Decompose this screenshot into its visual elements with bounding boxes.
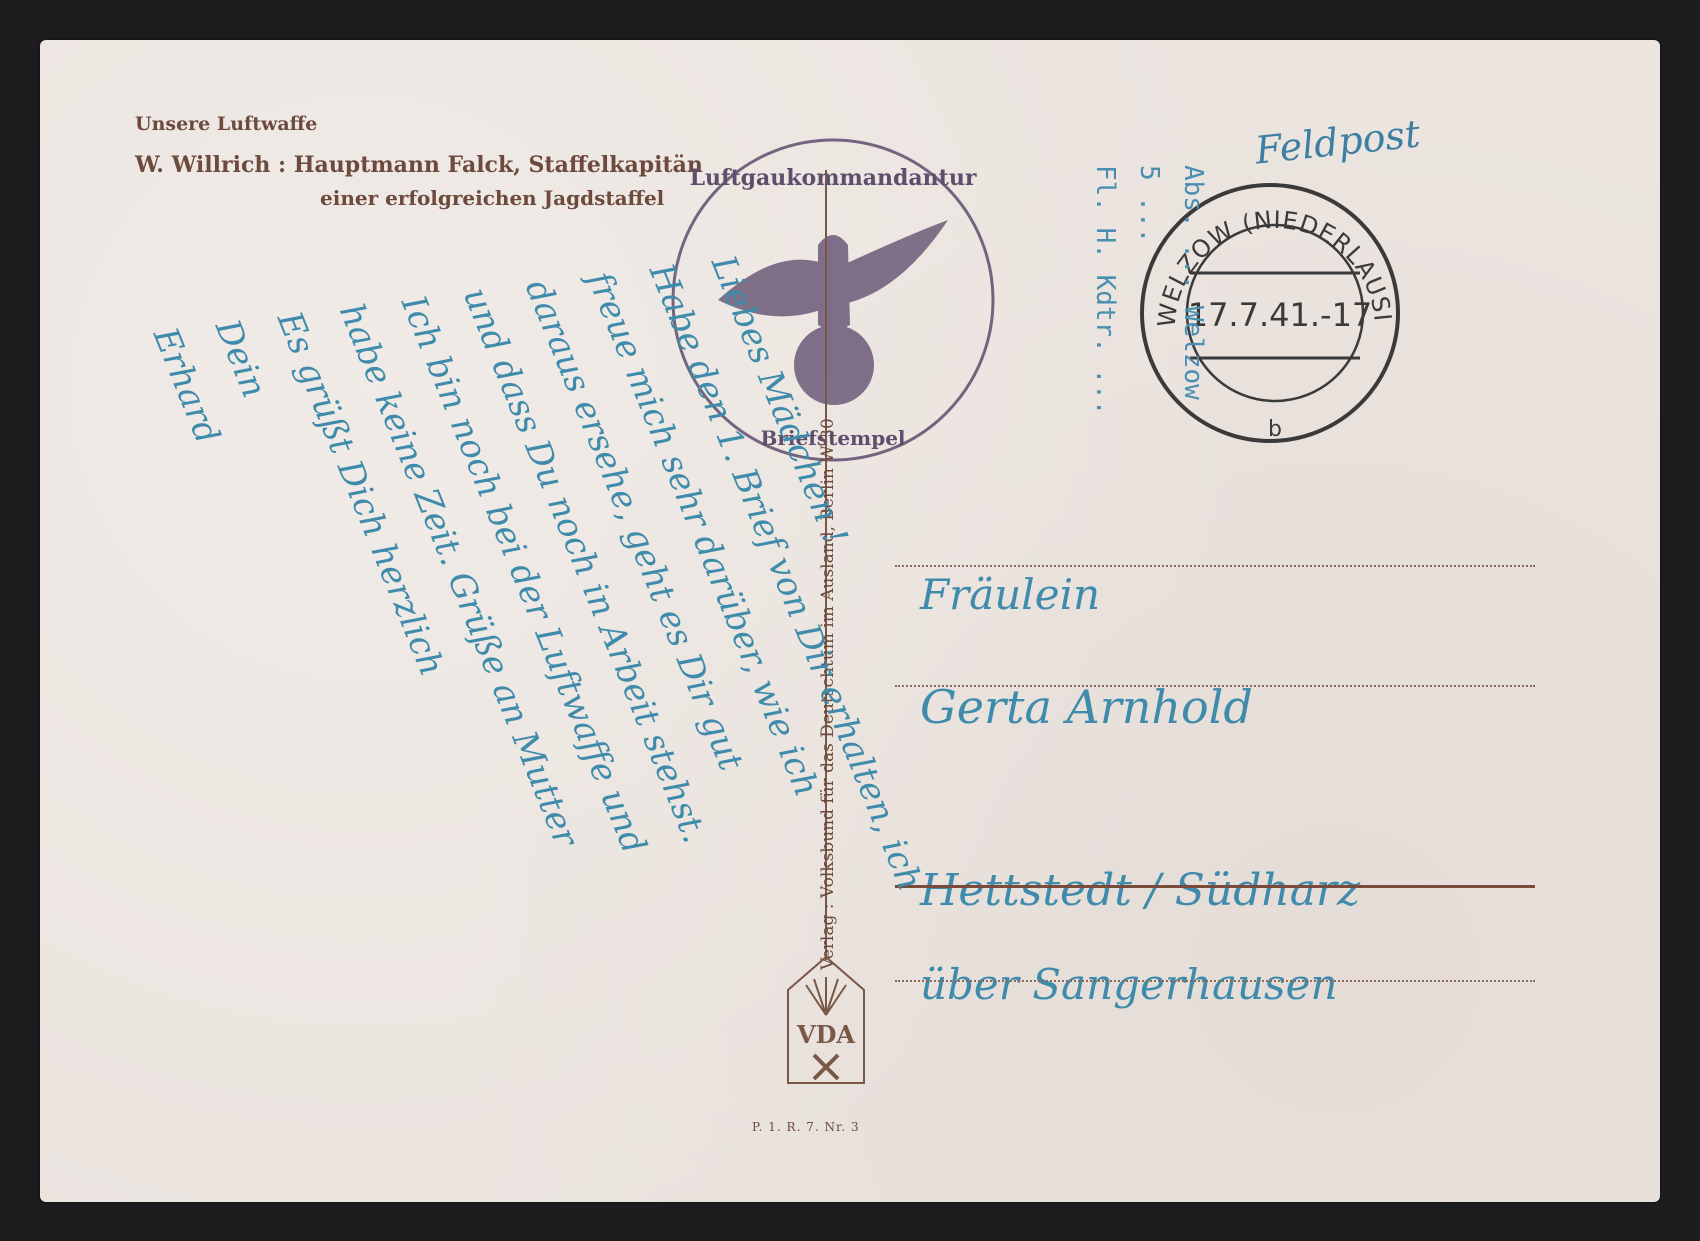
sender-note-line: 5 ... [1127, 165, 1171, 425]
svg-text:b: b [1268, 417, 1282, 442]
sender-note-line: Fl. H. Kdtr. ... [1083, 165, 1127, 425]
address-name: Gerta Arnhold [920, 680, 1253, 734]
postcard: Unsere Luftwaffe W. Willrich : Hauptmann… [40, 40, 1660, 1202]
address-city: Hettstedt / Südharz [920, 865, 1360, 916]
sender-note-line: Abs. ... Welzow [1171, 165, 1215, 425]
address-via: über Sangerhausen [920, 960, 1338, 1009]
address-rule [895, 980, 1535, 982]
caption-artist-title: W. Willrich : Hauptmann Falck, Staffelka… [135, 152, 703, 178]
feldpost-handwritten: Feldpost [1253, 111, 1422, 172]
svg-text:17.7.41.-17: 17.7.41.-17 [1188, 296, 1373, 334]
caption-series: Unsere Luftwaffe [135, 113, 317, 135]
address-rule-underlined [895, 885, 1535, 888]
caption-subtitle: einer erfolgreichen Jagdstaffel [320, 186, 664, 210]
sender-note: Abs. ... Welzow 5 ... Fl. H. Kdtr. ... [985, 165, 1215, 425]
handwritten-message: Liebes Mädchen !Habe den 1. Brief von Di… [100, 240, 820, 1220]
message-line: Dein [207, 314, 274, 403]
address-title: Fräulein [920, 570, 1100, 619]
address-rule [895, 685, 1535, 687]
address-rule [895, 565, 1535, 567]
svg-text:Luftgaukommandantur: Luftgaukommandantur [690, 165, 977, 191]
